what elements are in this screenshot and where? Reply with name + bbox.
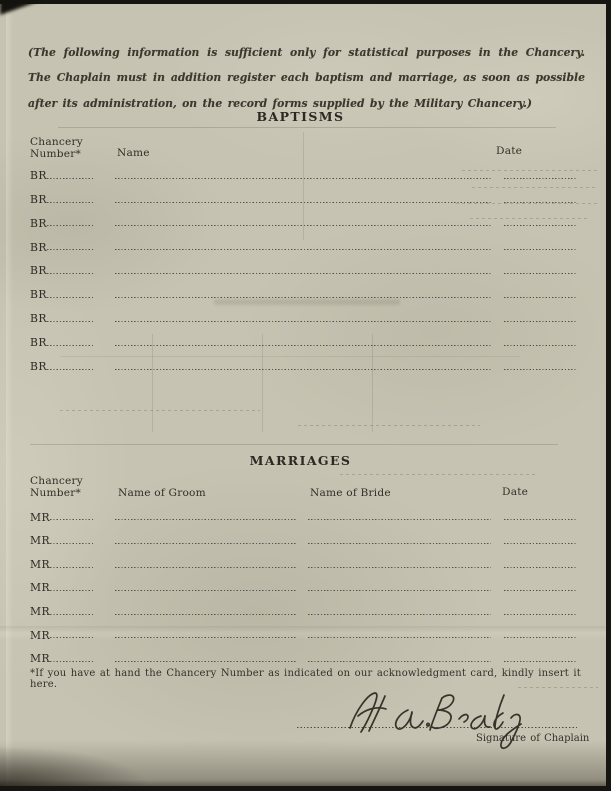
name-blank	[115, 344, 492, 346]
baptism-row: BR	[30, 303, 580, 327]
chancery-label-line2: Number*	[30, 148, 83, 160]
baptism-row: BR	[30, 279, 580, 303]
chancery-number-blank	[47, 249, 93, 251]
chancery-number-blank	[47, 542, 93, 544]
name-blank	[115, 249, 492, 251]
marriage-row: MR	[30, 549, 580, 573]
marriages-rows: MR MR MR MR	[30, 502, 580, 667]
date-blank	[504, 637, 577, 639]
bride-name-blank	[308, 566, 491, 568]
groom-name-blank	[115, 637, 296, 639]
name-blank	[115, 368, 492, 370]
baptism-row-prefix: BR	[30, 217, 47, 230]
baptism-row: BR	[30, 208, 580, 232]
name-blank	[115, 201, 492, 203]
marriages-col-groom: Name of Groom	[118, 487, 206, 499]
date-blank	[504, 613, 577, 615]
bride-name-blank	[308, 613, 491, 615]
marriage-row-prefix: MR	[30, 581, 50, 594]
bride-name-blank	[308, 637, 491, 639]
baptism-row-prefix: BR	[30, 336, 47, 349]
marriage-row: MR	[30, 526, 580, 550]
date-blank	[504, 296, 577, 298]
date-blank	[504, 225, 577, 227]
bleedthrough-text	[298, 425, 480, 426]
name-blank	[115, 296, 492, 298]
marriage-row: MR	[30, 502, 580, 526]
baptism-row: BR	[30, 232, 580, 256]
groom-name-blank	[115, 519, 296, 521]
date-blank	[504, 660, 577, 662]
baptism-row: BR	[30, 256, 580, 280]
name-blank	[115, 177, 492, 179]
baptism-row-prefix: BR	[30, 264, 47, 277]
chancery-number-blank	[47, 566, 93, 568]
marriage-row: MR	[30, 596, 580, 620]
date-blank	[504, 589, 577, 591]
chancery-number-blank	[47, 589, 93, 591]
marriage-row-prefix: MR	[30, 652, 50, 665]
bleedthrough-line	[30, 444, 558, 445]
date-blank	[504, 542, 577, 544]
baptism-row-prefix: BR	[30, 169, 47, 182]
name-blank	[115, 320, 492, 322]
chancery-number-blank	[47, 660, 93, 662]
date-blank	[504, 201, 577, 203]
groom-name-blank	[115, 589, 296, 591]
date-blank	[504, 344, 577, 346]
chancery-number-blank	[47, 519, 93, 521]
paper-sheet: (The following information is sufficient…	[0, 4, 606, 786]
scanned-chancery-form: { "page": { "background_color": "#161511…	[0, 0, 611, 791]
name-blank	[115, 272, 492, 274]
bleedthrough-line	[58, 127, 556, 128]
paper-corner-shadow	[0, 746, 150, 786]
groom-name-blank	[115, 566, 296, 568]
marriage-row: MR	[30, 573, 580, 597]
baptism-row: BR	[30, 351, 580, 375]
date-blank	[504, 566, 577, 568]
baptism-row-prefix: BR	[30, 360, 47, 373]
marriage-row-prefix: MR	[30, 629, 50, 642]
marriage-row-prefix: MR	[30, 511, 50, 524]
baptisms-col-name: Name	[117, 147, 150, 159]
baptisms-title: BAPTISMS	[0, 109, 601, 124]
bride-name-blank	[308, 589, 491, 591]
date-blank	[504, 177, 577, 179]
baptism-row-prefix: BR	[30, 241, 47, 254]
chancery-label-line1: Chancery	[30, 475, 83, 487]
date-blank	[504, 272, 577, 274]
chancery-number-blank	[47, 368, 93, 370]
bleedthrough-text	[340, 474, 536, 475]
groom-name-blank	[115, 542, 296, 544]
date-blank	[504, 519, 577, 521]
name-blank	[115, 225, 492, 227]
bride-name-blank	[308, 542, 491, 544]
chancery-number-blank	[47, 225, 93, 227]
baptism-row: BR	[30, 184, 580, 208]
marriage-row: MR	[30, 644, 580, 668]
groom-name-blank	[115, 613, 296, 615]
chancery-number-blank	[47, 201, 93, 203]
chancery-number-blank	[47, 177, 93, 179]
marriage-row-prefix: MR	[30, 534, 50, 547]
chancery-number-blank	[47, 296, 93, 298]
chancery-number-blank	[47, 637, 93, 639]
baptism-row-prefix: BR	[30, 312, 47, 325]
date-blank	[504, 249, 577, 251]
bride-name-blank	[308, 660, 491, 662]
marriage-row: MR	[30, 620, 580, 644]
baptism-row-prefix: BR	[30, 288, 47, 301]
baptism-row: BR	[30, 327, 580, 351]
marriage-row-prefix: MR	[30, 605, 50, 618]
marriages-col-bride: Name of Bride	[310, 487, 391, 499]
date-blank	[504, 320, 577, 322]
marriages-col-date: Date	[502, 486, 528, 498]
groom-name-blank	[115, 660, 296, 662]
chancery-label-line2: Number*	[30, 487, 83, 499]
bride-name-blank	[308, 519, 491, 521]
scan-corner-dark	[0, 0, 42, 15]
date-blank	[504, 368, 577, 370]
baptisms-rows: BR BR BR BR	[30, 160, 580, 375]
marriage-row-prefix: MR	[30, 558, 50, 571]
chancery-number-blank	[47, 613, 93, 615]
chancery-number-blank	[47, 272, 93, 274]
chancery-label-line1: Chancery	[30, 136, 83, 148]
bleedthrough-text	[60, 410, 260, 411]
baptisms-col-date: Date	[496, 145, 522, 157]
baptism-row: BR	[30, 160, 580, 184]
chancery-number-blank	[47, 344, 93, 346]
marriages-title: MARRIAGES	[0, 453, 601, 468]
marriages-col-chancery: Chancery Number*	[30, 475, 83, 499]
baptisms-col-chancery: Chancery Number*	[30, 136, 83, 160]
baptism-row-prefix: BR	[30, 193, 47, 206]
chancery-number-blank	[47, 320, 93, 322]
intro-paragraph: (The following information is sufficient…	[28, 40, 585, 117]
